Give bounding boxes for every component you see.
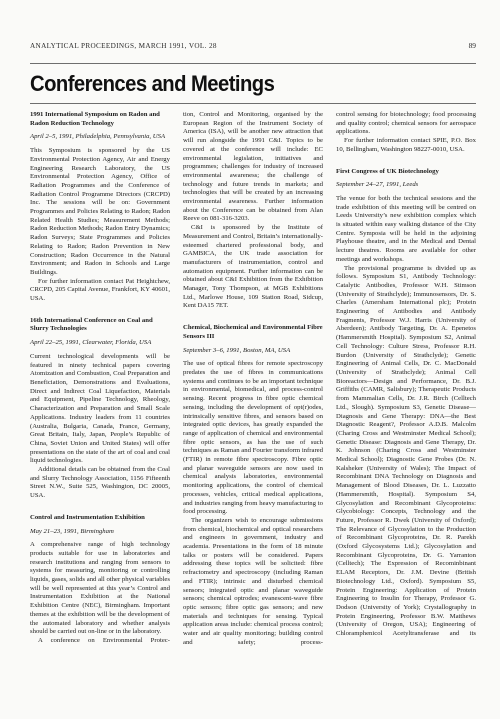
divider-rule-top [30,63,476,64]
article-paragraph: This Symposium is sponsored by the US En… [30,147,170,278]
article-date: September 24–27, 1991, Leeds [336,181,476,190]
article-date: April 2–5, 1991, Philadelphia, Pennsylva… [30,133,170,142]
article-heading: Control and Instrumentation Exhibition [30,514,170,523]
article-paragraph: Additional details can be obtained from … [30,466,170,501]
journal-page: ANALYTICAL PROCEEDINGS, MARCH 1991, VOL.… [0,0,500,719]
text-column-left: 1991 International Symposium on Radon an… [30,111,170,647]
article-paragraph: For further information contact Pat Heig… [30,278,170,304]
article-date: April 22–25, 1991, Clearwater, Florida, … [30,339,170,348]
article-heading: Chemical, Biochemical and Environmental … [183,324,323,341]
article-columns: 1991 International Symposium on Radon an… [30,111,476,647]
section-title: Conferences and Meetings [30,72,440,96]
article-heading: First Congress of UK Biotechnology [336,168,476,177]
text-column-right: control sensing for biotechnology; food … [336,111,476,647]
article-paragraph: Current technological developments will … [30,353,170,466]
page-header: ANALYTICAL PROCEEDINGS, MARCH 1991, VOL.… [30,42,476,50]
text-column-middle: tion, Control and Monitoring, organised … [183,111,323,647]
article-date: May 21–23, 1991, Birmingham [30,528,170,537]
article-paragraph: The use of optical fibres for remote spe… [183,360,323,517]
article-paragraph: A comprehensive range of high technology… [30,541,170,637]
article-paragraph: A conference on Environmental Protec- [30,637,170,646]
article-paragraph: The provisional programme is divided up … [336,265,476,639]
divider-rule-bottom [30,103,476,104]
article-heading: 16th International Conference on Coal an… [30,317,170,334]
article-paragraph: C&I is sponsored by the Institute of Mea… [183,224,323,311]
article-paragraph: The organizers wish to encourage submiss… [183,517,323,648]
article-date: September 3–6, 1991, Boston, MA, USA [183,347,323,356]
page-number: 89 [469,42,476,50]
article-heading: 1991 International Symposium on Radon an… [30,111,170,128]
article-paragraph: tion, Control and Monitoring, organised … [183,111,323,224]
journal-title: ANALYTICAL PROCEEDINGS, MARCH 1991, VOL.… [30,42,217,50]
article-paragraph: For further information contact SPIE, P.… [336,137,476,154]
article-paragraph: The venue for both the technical session… [336,195,476,265]
article-paragraph: control sensing for biotechnology; food … [336,111,476,137]
